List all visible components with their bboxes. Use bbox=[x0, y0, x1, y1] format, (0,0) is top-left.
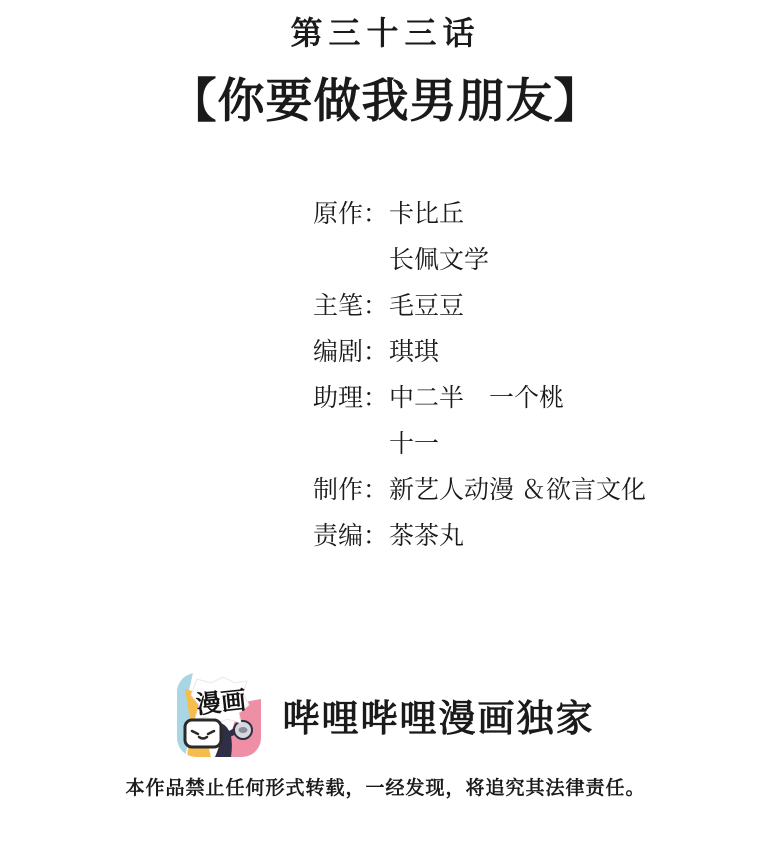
credit-row-assistants-cont: 十一 bbox=[313, 419, 771, 465]
credits-list: 原作： 卡比丘 长佩文学 主笔： 毛豆豆 编剧： 琪琪 助理： 中二半 一个桃 … bbox=[313, 189, 771, 557]
credit-value: 毛豆豆 bbox=[389, 286, 464, 322]
credit-label: 原作： bbox=[313, 194, 389, 230]
credit-value: 新艺人动漫 ＆欲言文化 bbox=[389, 470, 646, 506]
credit-row-assistants: 助理： 中二半 一个桃 bbox=[313, 373, 771, 419]
comic-credits-page: 第三十三话 【你要做我男朋友】 原作： 卡比丘 长佩文学 主笔： 毛豆豆 编剧：… bbox=[0, 0, 771, 866]
credit-row-original-publisher: 长佩文学 bbox=[313, 235, 771, 281]
publisher-banner: 漫画 哔哩哔哩漫画独家 bbox=[0, 673, 771, 757]
episode-title: 【你要做我男朋友】 bbox=[0, 64, 771, 131]
credit-label: 制作： bbox=[313, 470, 389, 506]
bilibili-manga-app-icon: 漫画 bbox=[177, 673, 261, 757]
credit-label: 责编： bbox=[313, 516, 389, 552]
chapter-title: 第三十三话 bbox=[0, 0, 771, 54]
credit-value: 卡比丘 bbox=[389, 194, 464, 230]
credit-row-main-artist: 主笔： 毛豆豆 bbox=[313, 281, 771, 327]
credit-value: 琪琪 bbox=[389, 332, 439, 368]
credit-value: 中二半 一个桃 bbox=[389, 378, 564, 414]
credit-row-screenwriter: 编剧： 琪琪 bbox=[313, 327, 771, 373]
credit-row-original-author: 原作： 卡比丘 bbox=[313, 189, 771, 235]
credit-value: 长佩文学 bbox=[389, 240, 489, 276]
credit-value: 茶茶丸 bbox=[389, 516, 464, 552]
credit-row-editor: 责编： 茶茶丸 bbox=[313, 511, 771, 557]
credit-label: 主笔： bbox=[313, 286, 389, 322]
credit-row-production: 制作： 新艺人动漫 ＆欲言文化 bbox=[313, 465, 771, 511]
credit-label: 助理： bbox=[313, 378, 389, 414]
exclusive-label: 哔哩哔哩漫画独家 bbox=[283, 688, 595, 742]
copyright-notice: 本作品禁止任何形式转载，一经发现，将追究其法律责任。 bbox=[0, 773, 771, 800]
credit-value: 十一 bbox=[389, 424, 439, 460]
manga-logo-text: 漫画 bbox=[194, 686, 247, 719]
credit-label: 编剧： bbox=[313, 332, 389, 368]
